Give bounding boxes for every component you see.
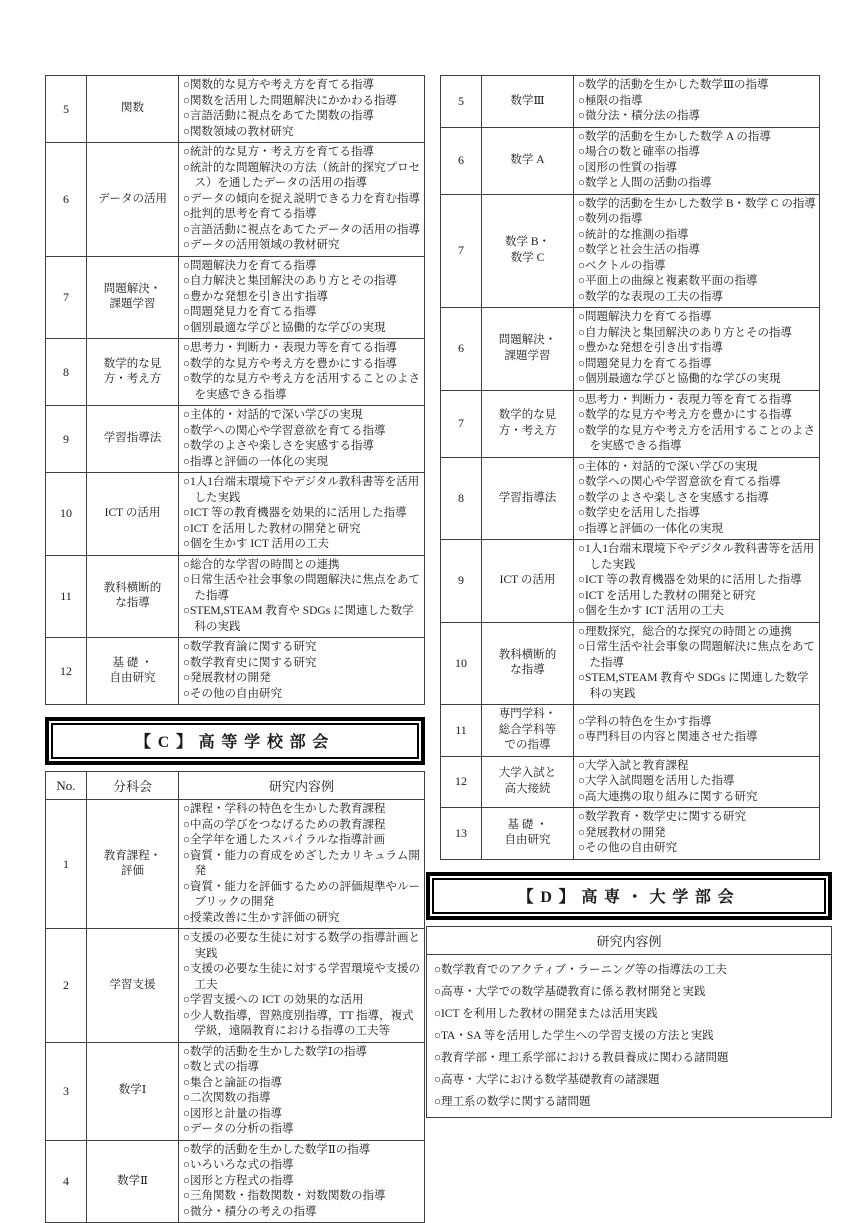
row-number: 13 bbox=[441, 808, 482, 860]
table-row: 5数学Ⅲ○数学的活動を生かした数学Ⅲの指導○極限の指導○微分法・積分法の指導 bbox=[441, 76, 820, 128]
subcommittee-name: ICT の活用 bbox=[87, 473, 179, 556]
subcommittee-name: 数学Ⅲ bbox=[482, 76, 574, 128]
research-item: ○統計的な見方・考え方を育てる指導 bbox=[183, 145, 421, 161]
research-item: ○STEM,STEAM 教育や SDGs に関連した数学科の実践 bbox=[183, 604, 421, 635]
table-row: 11専門学科・ 総合学科等 での指導○学科の特色を生かす指導○専門科目の内容と関… bbox=[441, 705, 820, 757]
research-item: ○日常生活や社会事象の問題解決に焦点をあてた指導 bbox=[578, 640, 816, 671]
row-number: 5 bbox=[441, 76, 482, 128]
row-number: 11 bbox=[46, 555, 87, 638]
research-item: ○数学のよさや楽しさを実感する指導 bbox=[183, 439, 421, 455]
research-item: ○数学と人間の活動の指導 bbox=[578, 176, 816, 192]
research-item: ○データの分析の指導 bbox=[183, 1122, 421, 1138]
research-item: ○問題解決力を育てる指導 bbox=[578, 310, 816, 326]
research-item: ○数学的な見方や考え方を活用することのよさを実感できる指導 bbox=[183, 372, 421, 403]
subcommittee-name: 学習指導法 bbox=[482, 457, 574, 540]
research-item: ○個を生かす ICT 活用の工夫 bbox=[578, 604, 816, 620]
table-row: 5関数○関数的な見方や考え方を育てる指導○関数を活用した問題解決にかかわる指導○… bbox=[46, 76, 425, 143]
row-number: 7 bbox=[46, 256, 87, 339]
table-row: 7問題解決・ 課題学習○問題解決力を育てる指導○自力解決と集団解決のあり方とその… bbox=[46, 256, 425, 339]
row-number: 9 bbox=[441, 540, 482, 623]
research-item: ○理工系の数学に関する諸問題 bbox=[434, 1091, 824, 1113]
subcommittee-name: データの活用 bbox=[87, 143, 179, 257]
research-item: ○数学教育史に関する研究 bbox=[183, 656, 421, 672]
row-number: 2 bbox=[46, 929, 87, 1043]
subcommittee-name: 数学的な見 方・考え方 bbox=[482, 390, 574, 457]
research-item: ○ベクトルの指導 bbox=[578, 259, 816, 275]
table-row: 8学習指導法○主体的・対話的で深い学びの実現○数学への関心や学習意欲を育てる指導… bbox=[441, 457, 820, 540]
research-item: ○資質・能力を評価するための評価規準やルーブリックの開発 bbox=[183, 880, 421, 911]
column-header-content: 研究内容例 bbox=[427, 926, 832, 954]
research-item: ○自力解決と集団解決のあり方とその指導 bbox=[183, 274, 421, 290]
research-item: ○数学的な見方や考え方を豊かにする指導 bbox=[578, 408, 816, 424]
research-item: ○思考力・判断力・表現力等を育てる指導 bbox=[183, 341, 421, 357]
research-item: ○図形と方程式の指導 bbox=[183, 1174, 421, 1190]
research-items-cell: ○数学教育・数学史に関する研究○発展教材の開発○その他の自由研究 bbox=[574, 808, 820, 860]
research-items-cell: ○支援の必要な生徒に対する数学の指導計画と実践○支援の必要な生徒に対する学習環境… bbox=[179, 929, 425, 1043]
research-items-cell: ○思考力・判断力・表現力等を育てる指導○数学的な見方や考え方を豊かにする指導○数… bbox=[179, 339, 425, 406]
row-number: 6 bbox=[441, 308, 482, 391]
research-item: ○ICT を活用した教材の開発と研究 bbox=[578, 589, 816, 605]
research-items-cell: ○理数探究，総合的な探究の時間との連携○日常生活や社会事象の問題解決に焦点をあて… bbox=[574, 622, 820, 705]
research-item: ○数学的活動を生かした数学 B・数学 C の指導 bbox=[578, 197, 816, 213]
research-item: ○豊かな発想を引き出す指導 bbox=[183, 290, 421, 306]
subcommittee-name: 関数 bbox=[87, 76, 179, 143]
research-item: ○支援の必要な生徒に対する数学の指導計画と実践 bbox=[183, 931, 421, 962]
table-row: 4数学Ⅱ○数学的活動を生かした数学Ⅱの指導○いろいろな式の指導○図形と方程式の指… bbox=[46, 1140, 425, 1223]
research-item: ○1人1台端末環境下やデジタル教科書等を活用した実践 bbox=[578, 542, 816, 573]
research-item: ○1人1台端末環境下やデジタル教科書等を活用した実践 bbox=[183, 475, 421, 506]
high-school-table: No. 分科会 研究内容例 1教育課程・ 評価○課程・学科の特色を生かした教育課… bbox=[45, 771, 425, 1223]
subcommittee-name: 数学 B・ 数学 C bbox=[482, 194, 574, 308]
section-d-title-box: 【D】高専・大学部会 bbox=[426, 872, 832, 920]
research-item: ○数学教育でのアクティブ・ラーニング等の指導法の工夫 bbox=[434, 959, 824, 981]
research-item: ○データの活用領域の教材研究 bbox=[183, 238, 421, 254]
research-item: ○数学的な見方や考え方を豊かにする指導 bbox=[183, 357, 421, 373]
research-item: ○微分法・積分法の指導 bbox=[578, 109, 816, 125]
research-item: ○数学史を活用した指導 bbox=[578, 506, 816, 522]
research-item: ○自力解決と集団解決のあり方とその指導 bbox=[578, 326, 816, 342]
research-item: ○主体的・対話的で深い学びの実現 bbox=[578, 460, 816, 476]
research-item: ○発展教材の開発 bbox=[578, 826, 816, 842]
research-items-cell: ○数学的活動を生かした数学 B・数学 C の指導○数列の指導○統計的な推測の指導… bbox=[574, 194, 820, 308]
research-item: ○平面上の曲線と複素数平面の指導 bbox=[578, 274, 816, 290]
subcommittee-name: 問題解決・ 課題学習 bbox=[482, 308, 574, 391]
table-row: 12大学入試と 高大接続○大学入試と教育課程○大学入試問題を活用した指導○高大連… bbox=[441, 756, 820, 808]
row-number: 12 bbox=[46, 638, 87, 705]
subcommittee-name: ICT の活用 bbox=[482, 540, 574, 623]
research-items-cell: ○数学教育論に関する研究○数学教育史に関する研究○発展教材の開発○その他の自由研… bbox=[179, 638, 425, 705]
table-row: 7数学 B・ 数学 C○数学的活動を生かした数学 B・数学 C の指導○数列の指… bbox=[441, 194, 820, 308]
research-item: ○ICT 等の教育機器を効果的に活用した指導 bbox=[183, 506, 421, 522]
section-d-title: 【D】高専・大学部会 bbox=[432, 878, 826, 914]
section-c-title: 【C】高等学校部会 bbox=[51, 723, 419, 759]
research-items-cell: ○数学教育でのアクティブ・ラーニング等の指導法の工夫○高専・大学での数学基礎教育… bbox=[427, 954, 832, 1117]
research-item: ○思考力・判断力・表現力等を育てる指導 bbox=[578, 393, 816, 409]
section-d: 【D】高専・大学部会 研究内容例 ○数学教育でのアクティブ・ラーニング等の指導法… bbox=[426, 872, 832, 1118]
research-items-cell: ○学科の特色を生かす指導○専門科目の内容と関連させた指導 bbox=[574, 705, 820, 757]
research-item: ○関数的な見方や考え方を育てる指導 bbox=[183, 78, 421, 94]
research-item: ○問題解決力を育てる指導 bbox=[183, 259, 421, 275]
junior-high-continuation-table: 5関数○関数的な見方や考え方を育てる指導○関数を活用した問題解決にかかわる指導○… bbox=[45, 75, 425, 705]
research-items-cell: ○1人1台端末環境下やデジタル教科書等を活用した実践○ICT 等の教育機器を効果… bbox=[574, 540, 820, 623]
table-row: 6データの活用○統計的な見方・考え方を育てる指導○統計的な問題解決の方法（統計的… bbox=[46, 143, 425, 257]
high-school-continuation-table: 5数学Ⅲ○数学的活動を生かした数学Ⅲの指導○極限の指導○微分法・積分法の指導6数… bbox=[440, 75, 820, 860]
table-row: 6数学 A○数学的活動を生かした数学 A の指導○場合の数と確率の指導○図形の性… bbox=[441, 127, 820, 194]
subcommittee-name: 数学的な見 方・考え方 bbox=[87, 339, 179, 406]
row-number: 10 bbox=[441, 622, 482, 705]
research-item: ○その他の自由研究 bbox=[578, 841, 816, 857]
research-items-cell: ○数学的活動を生かした数学 A の指導○場合の数と確率の指導○図形の性質の指導○… bbox=[574, 127, 820, 194]
research-item: ○言語活動に視点をあてたデータの活用の指導 bbox=[183, 223, 421, 239]
research-item: ○数学的な見方や考え方を活用することのよさを実感できる指導 bbox=[578, 424, 816, 455]
table-row: 6問題解決・ 課題学習○問題解決力を育てる指導○自力解決と集団解決のあり方とその… bbox=[441, 308, 820, 391]
research-items-cell: ○統計的な見方・考え方を育てる指導○統計的な問題解決の方法（統計的探究プロセス）… bbox=[179, 143, 425, 257]
research-item: ○図形と計量の指導 bbox=[183, 1107, 421, 1123]
row-number: 11 bbox=[441, 705, 482, 757]
row-number: 10 bbox=[46, 473, 87, 556]
research-item: ○高大連携の取り組みに関する研究 bbox=[578, 790, 816, 806]
research-items-cell: ○大学入試と教育課程○大学入試問題を活用した指導○高大連携の取り組みに関する研究 bbox=[574, 756, 820, 808]
research-item: ○支援の必要な生徒に対する学習環境や支援の工夫 bbox=[183, 962, 421, 993]
research-item: ○統計的な推測の指導 bbox=[578, 228, 816, 244]
research-item: ○個別最適な学びと協働的な学びの実現 bbox=[183, 321, 421, 337]
research-item: ○発展教材の開発 bbox=[183, 671, 421, 687]
row-number: 9 bbox=[46, 406, 87, 473]
research-item: ○場合の数と確率の指導 bbox=[578, 145, 816, 161]
research-item: ○数列の指導 bbox=[578, 212, 816, 228]
research-item: ○数学的活動を生かした数学 A の指導 bbox=[578, 130, 816, 146]
research-item: ○総合的な学習の時間との連携 bbox=[183, 558, 421, 574]
research-items-cell: ○数学的活動を生かした数学Ⅱの指導○いろいろな式の指導○図形と方程式の指導○三角… bbox=[179, 1140, 425, 1223]
left-column: 5関数○関数的な見方や考え方を育てる指導○関数を活用した問題解決にかかわる指導○… bbox=[45, 75, 425, 1223]
research-item: ○高専・大学における数学基礎教育の諸課題 bbox=[434, 1069, 824, 1091]
research-item: ○授業改善に生かす評価の研究 bbox=[183, 911, 421, 927]
research-items-cell: ○1人1台端末環境下やデジタル教科書等を活用した実践○ICT 等の教育機器を効果… bbox=[179, 473, 425, 556]
right-column: 5数学Ⅲ○数学的活動を生かした数学Ⅲの指導○極限の指導○微分法・積分法の指導6数… bbox=[440, 75, 820, 1118]
kosen-university-table: 研究内容例 ○数学教育でのアクティブ・ラーニング等の指導法の工夫○高専・大学での… bbox=[426, 926, 832, 1118]
research-item: ○数と式の指導 bbox=[183, 1060, 421, 1076]
research-items-cell: ○総合的な学習の時間との連携○日常生活や社会事象の問題解決に焦点をあてた指導○S… bbox=[179, 555, 425, 638]
subcommittee-name: 数学 A bbox=[482, 127, 574, 194]
research-items-cell: ○数学的活動を生かした数学Ⅲの指導○極限の指導○微分法・積分法の指導 bbox=[574, 76, 820, 128]
research-item: ○その他の自由研究 bbox=[183, 687, 421, 703]
table-header-row: No. 分科会 研究内容例 bbox=[46, 772, 425, 800]
research-item: ○数学への関心や学習意欲を育てる指導 bbox=[578, 475, 816, 491]
research-item: ○教育学部・理工系学部における教員養成に関わる諸問題 bbox=[434, 1047, 824, 1069]
subcommittee-name: 大学入試と 高大接続 bbox=[482, 756, 574, 808]
research-items-cell: ○主体的・対話的で深い学びの実現○数学への関心や学習意欲を育てる指導○数学のよさ… bbox=[574, 457, 820, 540]
research-item: ○統計的な問題解決の方法（統計的探究プロセス）を通したデータの活用の指導 bbox=[183, 161, 421, 192]
research-item: ○高専・大学での数学基礎教育に係る教材開発と実践 bbox=[434, 981, 824, 1003]
research-items-cell: ○関数的な見方や考え方を育てる指導○関数を活用した問題解決にかかわる指導○言語活… bbox=[179, 76, 425, 143]
subcommittee-name: 専門学科・ 総合学科等 での指導 bbox=[482, 705, 574, 757]
table-row: 13基 礎 ・ 自由研究○数学教育・数学史に関する研究○発展教材の開発○その他の… bbox=[441, 808, 820, 860]
table-header-row: 研究内容例 bbox=[427, 926, 832, 954]
subcommittee-name: 教科横断的 な指導 bbox=[87, 555, 179, 638]
research-item: ○数学と社会生活の指導 bbox=[578, 243, 816, 259]
subcommittee-name: 教科横断的 な指導 bbox=[482, 622, 574, 705]
subcommittee-name: 学習支援 bbox=[87, 929, 179, 1043]
research-item: ○批判的思考を育てる指導 bbox=[183, 207, 421, 223]
research-item: ○微分・積分の考えの指導 bbox=[183, 1205, 421, 1221]
row-number: 7 bbox=[441, 194, 482, 308]
subcommittee-name: 基 礎 ・ 自由研究 bbox=[87, 638, 179, 705]
research-item: ○数学的活動を生かした数学Ⅲの指導 bbox=[578, 78, 816, 94]
row-number: 6 bbox=[46, 143, 87, 257]
research-item: ○数学教育論に関する研究 bbox=[183, 640, 421, 656]
table-row: 8数学的な見 方・考え方○思考力・判断力・表現力等を育てる指導○数学的な見方や考… bbox=[46, 339, 425, 406]
table-row: 11教科横断的 な指導○総合的な学習の時間との連携○日常生活や社会事象の問題解決… bbox=[46, 555, 425, 638]
research-item: ○個別最適な学びと協働的な学びの実現 bbox=[578, 372, 816, 388]
research-items-cell: ○思考力・判断力・表現力等を育てる指導○数学的な見方や考え方を豊かにする指導○数… bbox=[574, 390, 820, 457]
research-item: ○資質・能力の育成をめざしたカリキュラム開発 bbox=[183, 849, 421, 880]
row-number: 1 bbox=[46, 800, 87, 929]
research-item: ○指導と評価の一体化の実現 bbox=[183, 455, 421, 471]
research-item: ○二次関数の指導 bbox=[183, 1091, 421, 1107]
research-item: ○大学入試と教育課程 bbox=[578, 759, 816, 775]
research-item: ○専門科目の内容と関連させた指導 bbox=[578, 730, 816, 746]
research-item: ○日常生活や社会事象の問題解決に焦点をあてた指導 bbox=[183, 573, 421, 604]
table-row: 2学習支援○支援の必要な生徒に対する数学の指導計画と実践○支援の必要な生徒に対す… bbox=[46, 929, 425, 1043]
research-item: ○少人数指導，習熟度別指導，TT 指導，複式学級，遠隔教育における指導の工夫等 bbox=[183, 1009, 421, 1040]
research-item: ○数学的な表現の工夫の指導 bbox=[578, 290, 816, 306]
research-item: ○極限の指導 bbox=[578, 94, 816, 110]
research-item: ○関数を活用した問題解決にかかわる指導 bbox=[183, 94, 421, 110]
research-item: ○数学のよさや楽しさを実感する指導 bbox=[578, 491, 816, 507]
row-number: 8 bbox=[441, 457, 482, 540]
table-row: 9ICT の活用○1人1台端末環境下やデジタル教科書等を活用した実践○ICT 等… bbox=[441, 540, 820, 623]
row-number: 7 bbox=[441, 390, 482, 457]
subcommittee-name: 問題解決・ 課題学習 bbox=[87, 256, 179, 339]
subcommittee-name: 数学Ⅰ bbox=[87, 1042, 179, 1140]
research-item: ○いろいろな式の指導 bbox=[183, 1158, 421, 1174]
research-item: ○集合と論証の指導 bbox=[183, 1076, 421, 1092]
table-row: ○数学教育でのアクティブ・ラーニング等の指導法の工夫○高専・大学での数学基礎教育… bbox=[427, 954, 832, 1117]
subcommittee-name: 教育課程・ 評価 bbox=[87, 800, 179, 929]
column-header-no: No. bbox=[46, 772, 87, 800]
research-item: ○理数探究，総合的な探究の時間との連携 bbox=[578, 625, 816, 641]
table-row: 10ICT の活用○1人1台端末環境下やデジタル教科書等を活用した実践○ICT … bbox=[46, 473, 425, 556]
research-item: ○ICT を活用した教材の開発と研究 bbox=[183, 522, 421, 538]
subcommittee-name: 数学Ⅱ bbox=[87, 1140, 179, 1223]
column-header-subcommittee: 分科会 bbox=[87, 772, 179, 800]
row-number: 8 bbox=[46, 339, 87, 406]
research-item: ○ICT 等の教育機器を効果的に活用した指導 bbox=[578, 573, 816, 589]
section-c-title-box: 【C】高等学校部会 bbox=[45, 717, 425, 765]
research-item: ○数学教育・数学史に関する研究 bbox=[578, 810, 816, 826]
research-item: ○TA・SA 等を活用した学生への学習支援の方法と実践 bbox=[434, 1025, 824, 1047]
row-number: 5 bbox=[46, 76, 87, 143]
research-item: ○ICT を利用した教材の開発または活用実践 bbox=[434, 1003, 824, 1025]
row-number: 6 bbox=[441, 127, 482, 194]
research-items-cell: ○課程・学科の特色を生かした教育課程○中高の学びをつなげるための教育課程○全学年… bbox=[179, 800, 425, 929]
research-item: ○三角関数・指数関数・対数関数の指導 bbox=[183, 1189, 421, 1205]
table-row: 9学習指導法○主体的・対話的で深い学びの実現○数学への関心や学習意欲を育てる指導… bbox=[46, 406, 425, 473]
research-item: ○STEM,STEAM 教育や SDGs に関連した数学科の実践 bbox=[578, 671, 816, 702]
research-items-cell: ○問題解決力を育てる指導○自力解決と集団解決のあり方とその指導○豊かな発想を引き… bbox=[574, 308, 820, 391]
row-number: 4 bbox=[46, 1140, 87, 1223]
research-item: ○問題発見力を育てる指導 bbox=[578, 357, 816, 373]
research-item: ○関数領域の教材研究 bbox=[183, 125, 421, 141]
table-row: 1教育課程・ 評価○課程・学科の特色を生かした教育課程○中高の学びをつなげるため… bbox=[46, 800, 425, 929]
research-items-cell: ○主体的・対話的で深い学びの実現○数学への関心や学習意欲を育てる指導○数学のよさ… bbox=[179, 406, 425, 473]
table-row: 10教科横断的 な指導○理数探究，総合的な探究の時間との連携○日常生活や社会事象… bbox=[441, 622, 820, 705]
research-item: ○学科の特色を生かす指導 bbox=[578, 715, 816, 731]
research-item: ○数学的活動を生かした数学Ⅱの指導 bbox=[183, 1143, 421, 1159]
research-item: ○主体的・対話的で深い学びの実現 bbox=[183, 408, 421, 424]
table-row: 7数学的な見 方・考え方○思考力・判断力・表現力等を育てる指導○数学的な見方や考… bbox=[441, 390, 820, 457]
research-item: ○データの傾向を捉え説明できる力を育む指導 bbox=[183, 192, 421, 208]
research-item: ○大学入試問題を活用した指導 bbox=[578, 774, 816, 790]
research-item: ○言語活動に視点をあてた関数の指導 bbox=[183, 109, 421, 125]
research-items-cell: ○数学的活動を生かした数学Ⅰの指導○数と式の指導○集合と論証の指導○二次関数の指… bbox=[179, 1042, 425, 1140]
research-item: ○全学年を通したスパイラルな指導計画 bbox=[183, 833, 421, 849]
row-number: 12 bbox=[441, 756, 482, 808]
research-item: ○中高の学びをつなげるための教育課程 bbox=[183, 818, 421, 834]
subcommittee-name: 基 礎 ・ 自由研究 bbox=[482, 808, 574, 860]
column-header-content: 研究内容例 bbox=[179, 772, 425, 800]
research-item: ○数学的活動を生かした数学Ⅰの指導 bbox=[183, 1045, 421, 1061]
subcommittee-name: 学習指導法 bbox=[87, 406, 179, 473]
research-item: ○豊かな発想を引き出す指導 bbox=[578, 341, 816, 357]
research-item: ○学習支援への ICT の効果的な活用 bbox=[183, 993, 421, 1009]
table-row: 12基 礎 ・ 自由研究○数学教育論に関する研究○数学教育史に関する研究○発展教… bbox=[46, 638, 425, 705]
research-items-cell: ○問題解決力を育てる指導○自力解決と集団解決のあり方とその指導○豊かな発想を引き… bbox=[179, 256, 425, 339]
research-item: ○課程・学科の特色を生かした教育課程 bbox=[183, 802, 421, 818]
row-number: 3 bbox=[46, 1042, 87, 1140]
table-row: 3数学Ⅰ○数学的活動を生かした数学Ⅰの指導○数と式の指導○集合と論証の指導○二次… bbox=[46, 1042, 425, 1140]
research-item: ○数学への関心や学習意欲を育てる指導 bbox=[183, 424, 421, 440]
research-item: ○個を生かす ICT 活用の工夫 bbox=[183, 537, 421, 553]
research-item: ○問題発見力を育てる指導 bbox=[183, 305, 421, 321]
research-item: ○図形の性質の指導 bbox=[578, 161, 816, 177]
research-item: ○指導と評価の一体化の実現 bbox=[578, 522, 816, 538]
